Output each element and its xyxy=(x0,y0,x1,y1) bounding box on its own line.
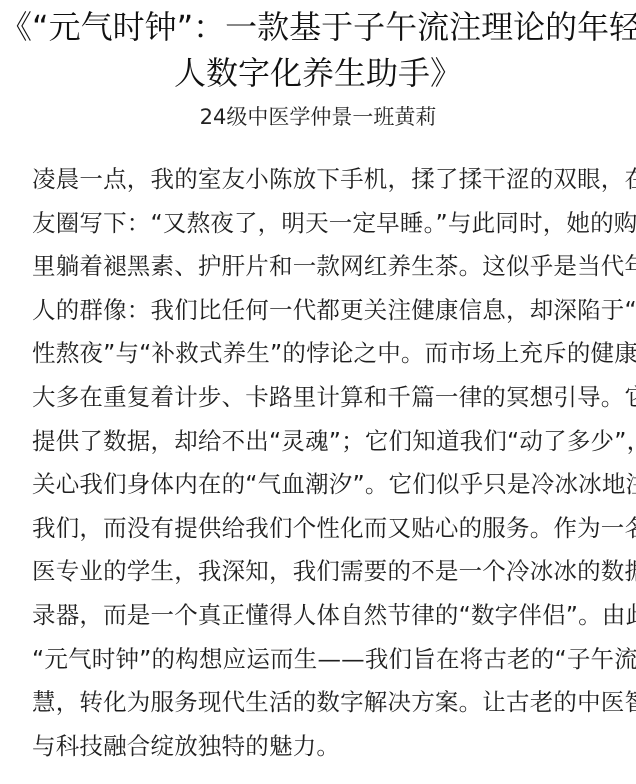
body-line: 友圈写下：“又熬夜了，明天一定早睡。”与此同时，她的购物车 xyxy=(32,202,622,246)
body-line: “元气时钟”的构想应运而生——我们旨在将古老的“子午流注”智 xyxy=(32,638,622,682)
body-paragraph: 凌晨一点，我的室友小陈放下手机，揉了揉干涩的双眼，在朋 友圈写下：“又熬夜了，明… xyxy=(32,158,622,768)
body-line: 人的群像：我们比任何一代都更关注健康信息，却深陷于“报复 xyxy=(32,289,622,333)
body-line: 提供了数据，却给不出“灵魂”；它们知道我们“动了多少”，却不 xyxy=(32,420,622,464)
body-line: 录器，而是一个真正懂得人体自然节律的“数字伴侣”。由此， xyxy=(32,594,622,638)
body-line: 关心我们身体内在的“气血潮汐”。它们似乎只是冷冰冰地注视着 xyxy=(32,463,622,507)
title-line-2: 人数字化养生助手》 xyxy=(0,50,636,96)
body-line: 大多在重复着计步、卡路里计算和千篇一律的冥想引导。它们 xyxy=(32,376,622,420)
body-line: 里躺着褪黑素、护肝片和一款网红养生茶。这似乎是当代年轻 xyxy=(32,245,622,289)
document-page: 《“元气时钟”：一款基于子午流注理论的年轻 人数字化养生助手》 24级中医学仲景… xyxy=(0,0,636,784)
author-line: 24级中医学仲景一班黄莉 xyxy=(0,102,636,132)
body-line: 慧，转化为服务现代生活的数字解决方案。让古老的中医智慧 xyxy=(32,681,622,725)
body-line: 性熬夜”与“补救式养生”的悖论之中。而市场上充斥的健康App， xyxy=(32,332,622,376)
body-line: 与科技融合绽放独特的魅力。 xyxy=(32,725,622,769)
document-title: 《“元气时钟”：一款基于子午流注理论的年轻 人数字化养生助手》 xyxy=(0,4,636,96)
body-line: 凌晨一点，我的室友小陈放下手机，揉了揉干涩的双眼，在朋 xyxy=(32,158,622,202)
title-line-1: 《“元气时钟”：一款基于子午流注理论的年轻 xyxy=(0,4,636,50)
body-line: 我们，而没有提供给我们个性化而又贴心的服务。作为一名中 xyxy=(32,507,622,551)
body-line: 医专业的学生，我深知，我们需要的不是一个冷冰冰的数据记 xyxy=(32,550,622,594)
